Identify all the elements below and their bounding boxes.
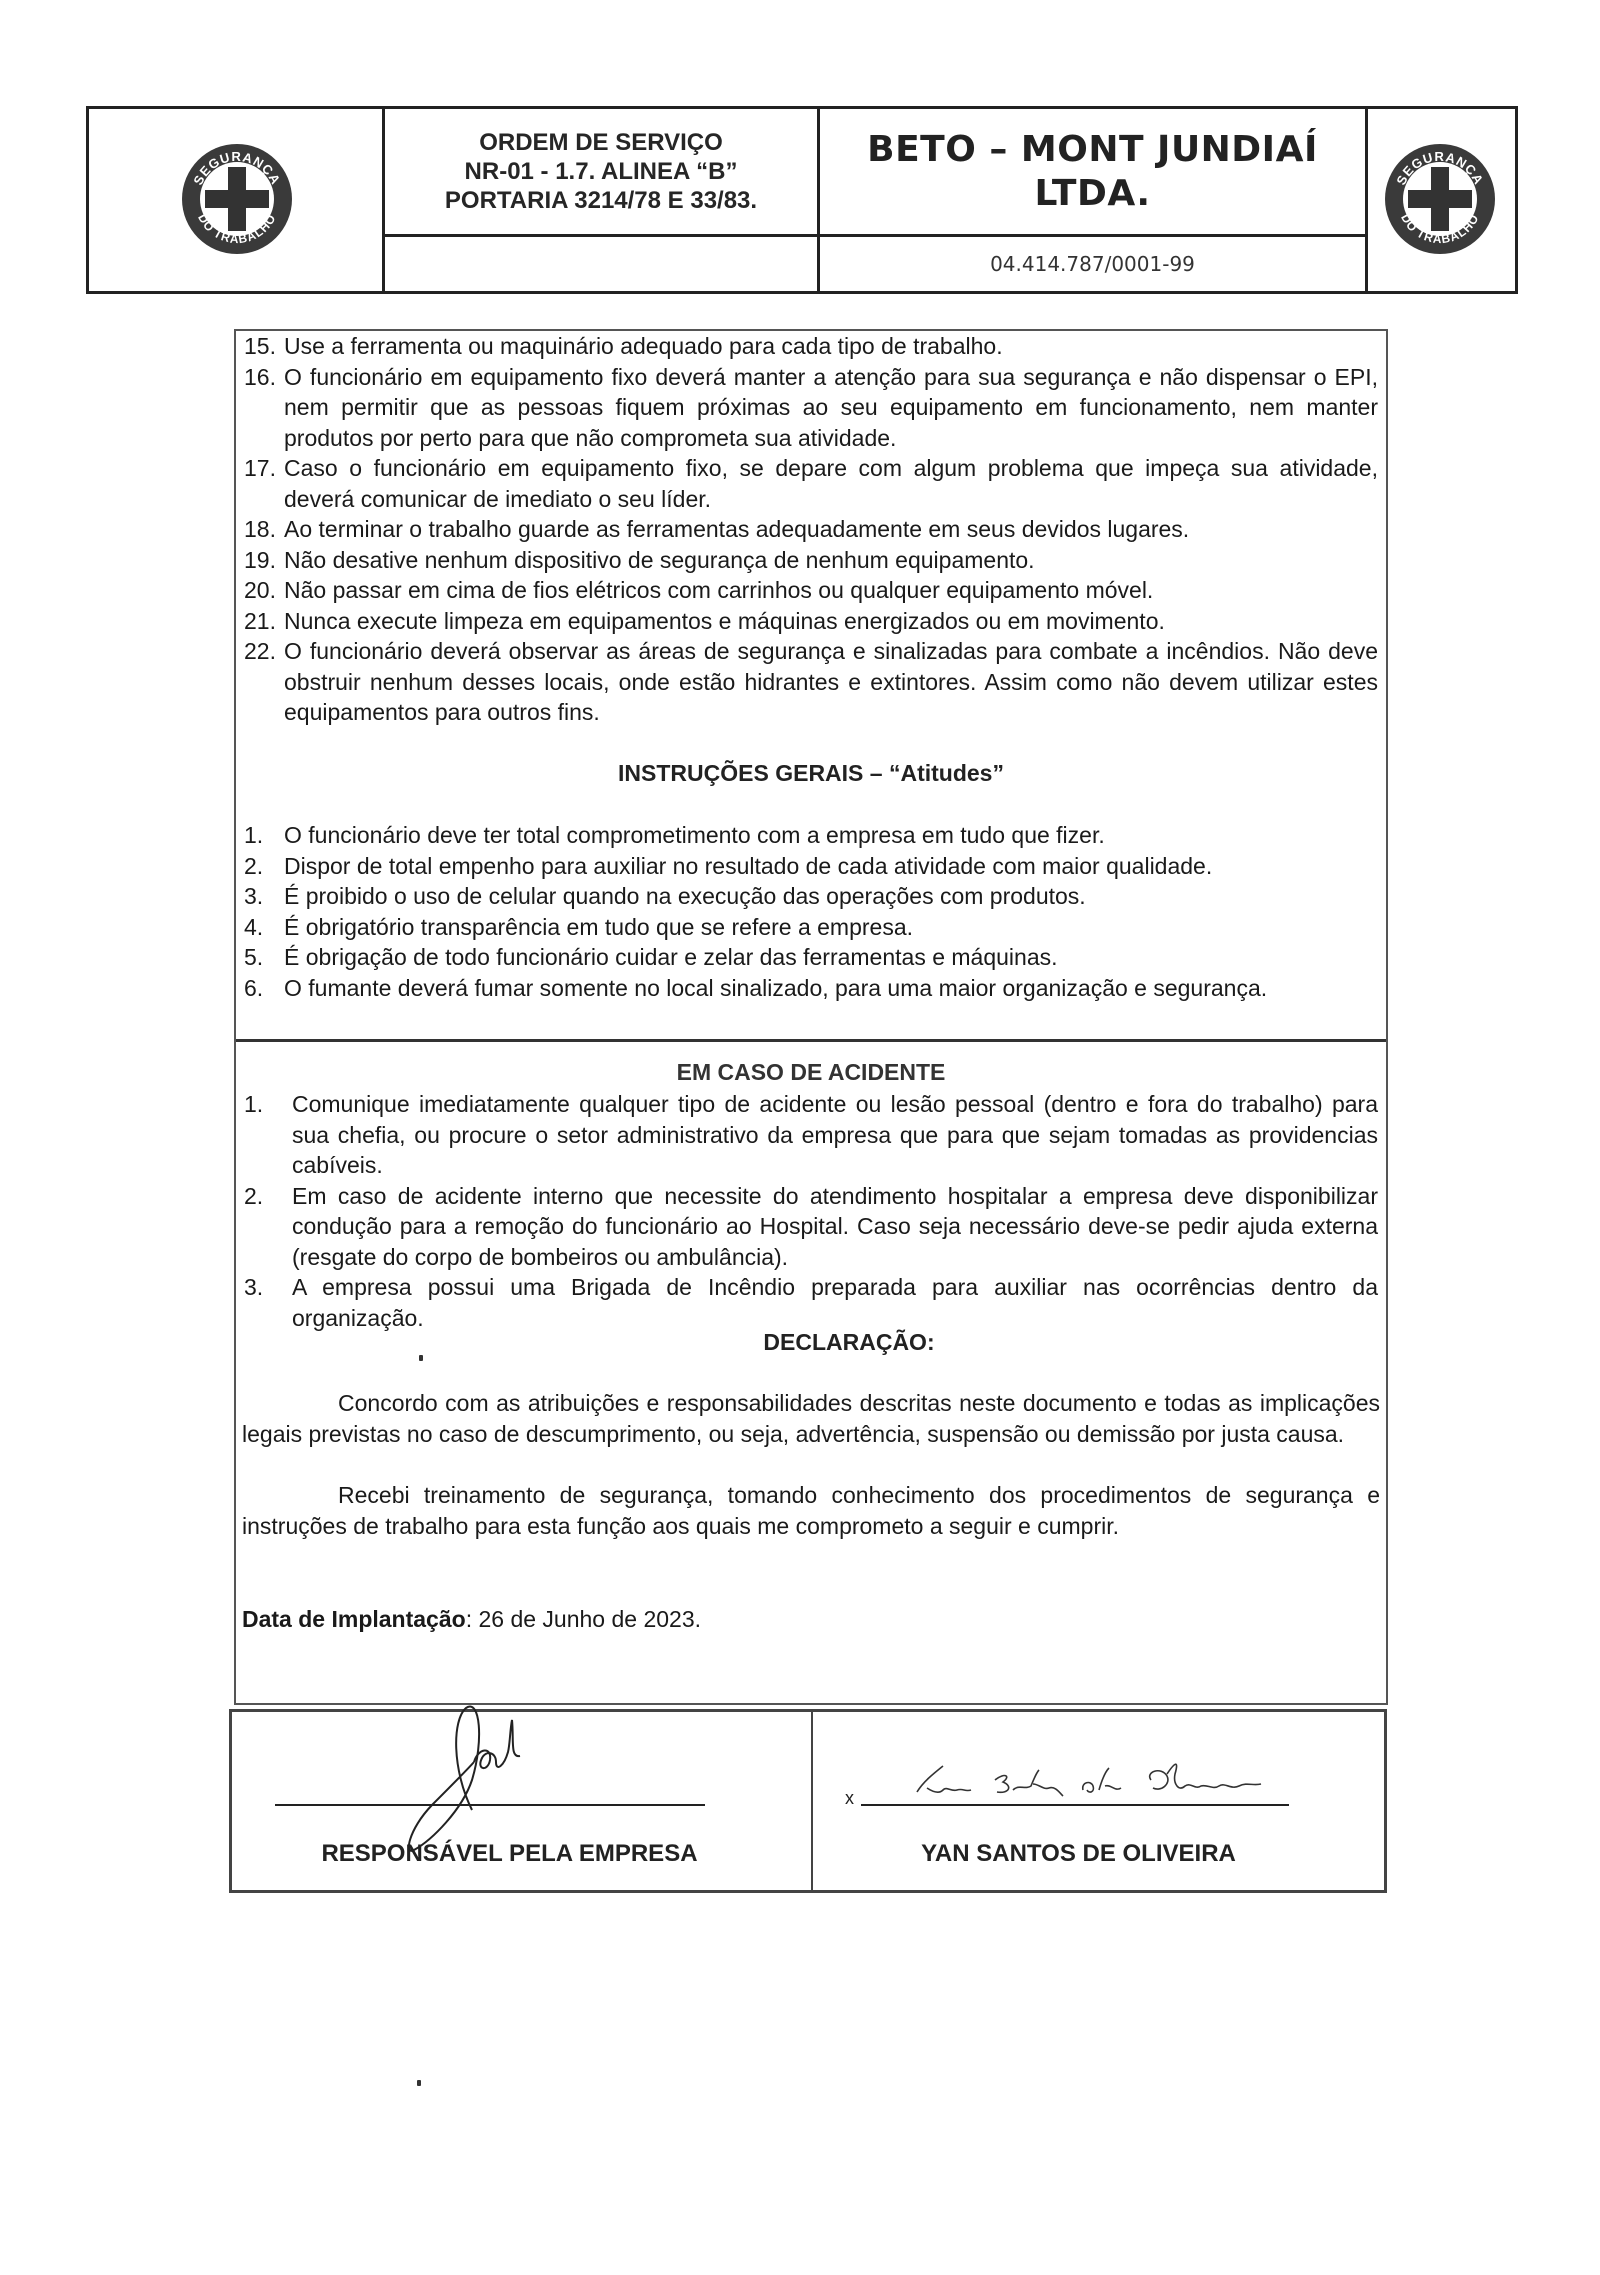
employee-signature-block: x YAN SANTOS DE OLIVEIRA — [813, 1712, 1384, 1890]
company-name-line-1: BETO – MONT JUNDIAÍ — [867, 128, 1318, 172]
accident-item: 3.A empresa possui uma Brigada de Incênd… — [244, 1272, 1378, 1333]
main-content-box: 15.Use a ferramenta ou maquinário adequa… — [234, 329, 1388, 1705]
company-name: BETO – MONT JUNDIAÍ LTDA. — [820, 109, 1368, 237]
safety-cross-logo-icon: SEGURANÇA DO TRABALHO — [177, 139, 297, 259]
rule-item: 17.Caso o funcionário em equipamento fix… — [244, 453, 1378, 514]
general-instructions-heading: INSTRUÇÕES GERAIS – “Atitudes” — [236, 760, 1386, 787]
rule-item: 19.Não desative nenhum dispositivo de se… — [244, 545, 1378, 576]
general-instructions-list: 1.O funcionário deve ter total compromet… — [244, 820, 1378, 1003]
declaration-paragraph-1: Concordo com as atribuições e responsabi… — [242, 1388, 1380, 1449]
date-value: : 26 de Junho de 2023. — [466, 1606, 701, 1632]
os-title-line-3: PORTARIA 3214/78 E 33/83. — [445, 186, 757, 215]
instruction-item: 6.O fumante deverá fumar somente no loca… — [244, 973, 1378, 1004]
blank-header-cell — [385, 237, 820, 291]
company-cnpj: 04.414.787/0001-99 — [820, 237, 1368, 291]
company-signature-image — [392, 1700, 542, 1860]
safety-cross-logo-icon: SEGURANÇA DO TRABALHO — [1380, 139, 1500, 259]
rule-item: 21.Nunca execute limpeza em equipamentos… — [244, 606, 1378, 637]
rule-item: 22.O funcionário deverá observar as área… — [244, 636, 1378, 728]
logo-cell-left: SEGURANÇA DO TRABALHO — [89, 109, 385, 291]
rule-item: 15.Use a ferramenta ou maquinário adequa… — [244, 331, 1378, 362]
instruction-item: 1.O funcionário deve ter total compromet… — [244, 820, 1378, 851]
accident-item: 2.Em caso de acidente interno que necess… — [244, 1181, 1378, 1273]
os-title-line-2: NR-01 - 1.7. ALINEA “B” — [465, 157, 738, 186]
declaration-heading: DECLARAÇÃO: — [274, 1329, 1424, 1356]
signature-x-mark: x — [845, 1788, 854, 1809]
company-signatory-title: RESPONSÁVEL PELA EMPRESA — [220, 1840, 799, 1868]
signature-section: RESPONSÁVEL PELA EMPRESA x YAN SANTOS DE… — [229, 1709, 1387, 1893]
company-name-line-2: LTDA. — [1034, 172, 1150, 216]
instruction-item: 4.É obrigatório transparência em tudo qu… — [244, 912, 1378, 943]
declaration-paragraph-2: Recebi treinamento de segurança, tomando… — [242, 1480, 1380, 1541]
company-signature-line — [275, 1804, 705, 1806]
rule-item: 20.Não passar em cima de fios elétricos … — [244, 575, 1378, 606]
instruction-item: 2.Dispor de total empenho para auxiliar … — [244, 851, 1378, 882]
logo-cell-right: SEGURANÇA DO TRABALHO — [1368, 109, 1515, 291]
employee-name: YAN SANTOS DE OLIVEIRA — [793, 1840, 1364, 1868]
document-header: SEGURANÇA DO TRABALHO ORDEM DE SERVIÇO N… — [86, 106, 1518, 294]
os-title-line-1: ORDEM DE SERVIÇO — [479, 128, 723, 157]
safety-rules-list: 15.Use a ferramenta ou maquinário adequa… — [244, 331, 1378, 728]
employee-signature-line — [861, 1804, 1289, 1806]
accident-item: 1.Comunique imediatamente qualquer tipo … — [244, 1089, 1378, 1181]
instruction-item: 5.É obrigação de todo funcionário cuidar… — [244, 942, 1378, 973]
accident-heading: EM CASO DE ACIDENTE — [236, 1059, 1386, 1086]
date-label: Data de Implantação — [242, 1606, 466, 1632]
scan-speck — [417, 2080, 421, 2086]
rule-item: 18.Ao terminar o trabalho guarde as ferr… — [244, 514, 1378, 545]
implementation-date: Data de Implantação: 26 de Junho de 2023… — [242, 1606, 701, 1633]
instruction-item: 3.É proibido o uso de celular quando na … — [244, 881, 1378, 912]
scan-speck — [419, 1355, 423, 1361]
company-signature-block: RESPONSÁVEL PELA EMPRESA — [232, 1712, 813, 1890]
service-order-title: ORDEM DE SERVIÇO NR-01 - 1.7. ALINEA “B”… — [385, 109, 820, 237]
section-divider — [236, 1039, 1386, 1042]
accident-list: 1.Comunique imediatamente qualquer tipo … — [244, 1089, 1378, 1333]
rule-item: 16.O funcionário em equipamento fixo dev… — [244, 362, 1378, 454]
